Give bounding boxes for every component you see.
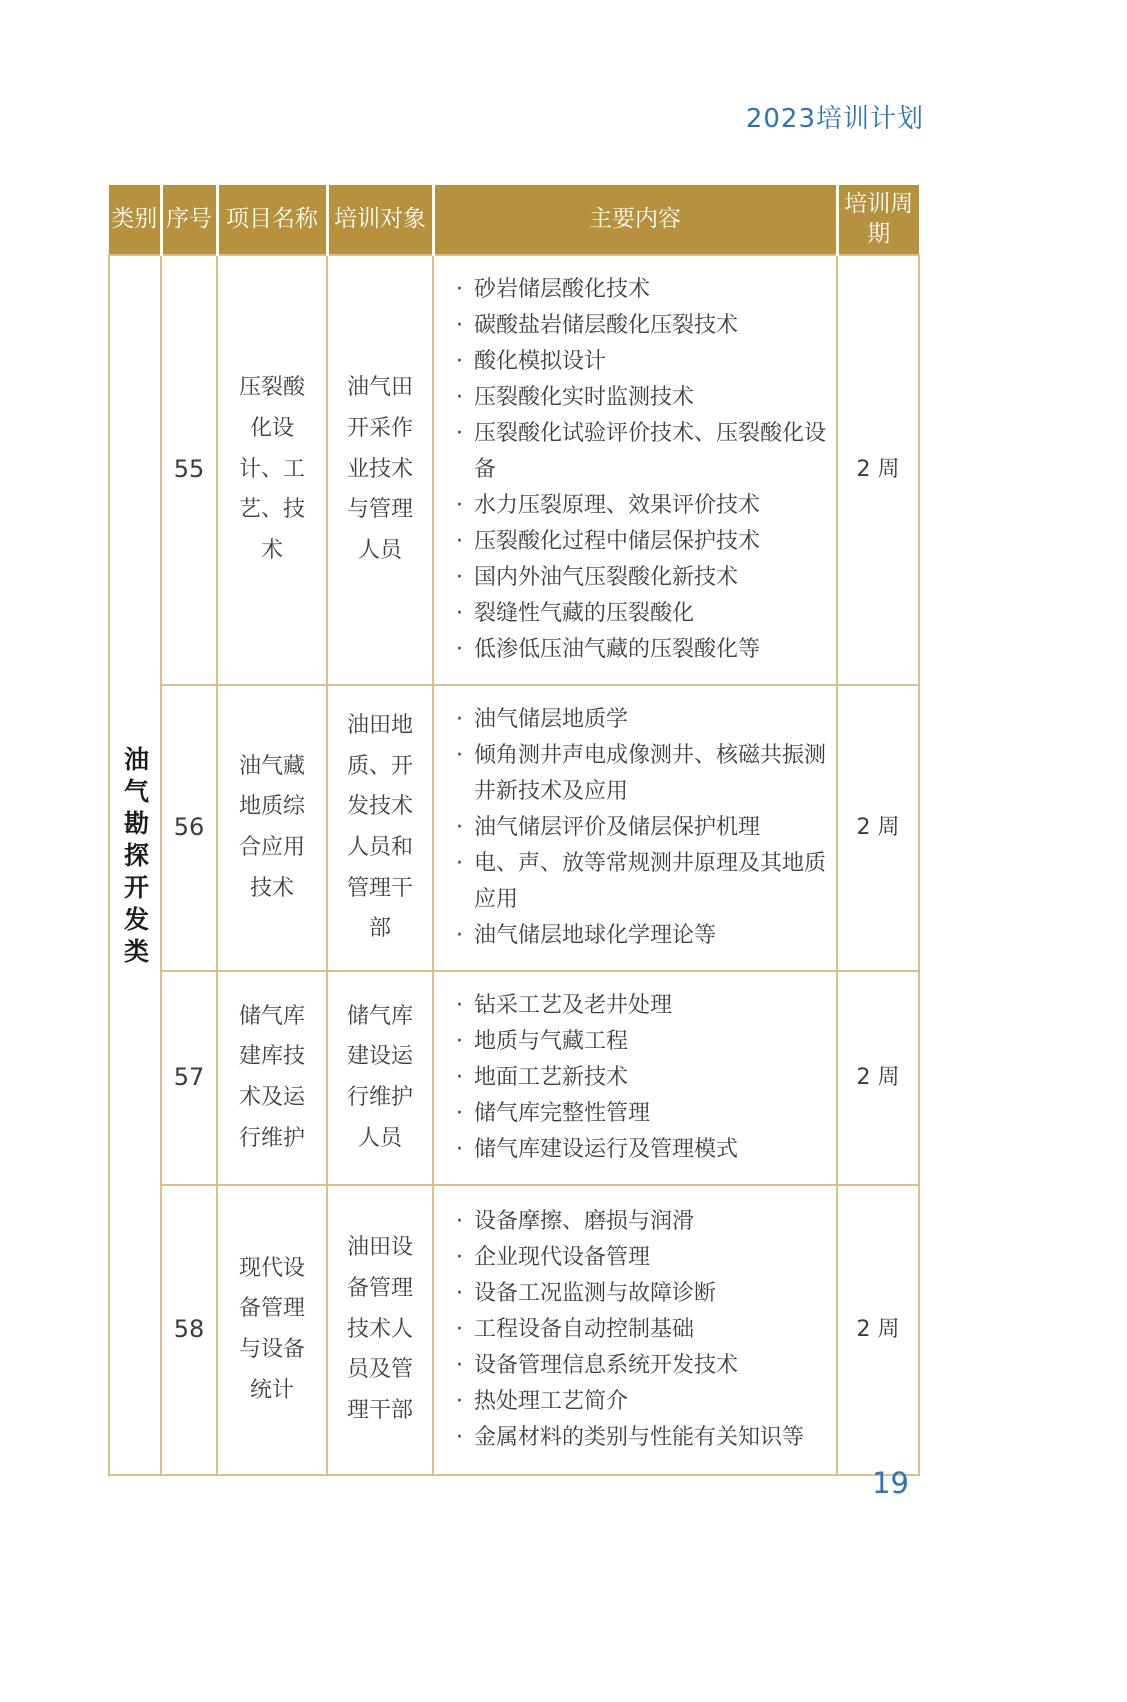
bullet-dot: ·: [456, 1276, 463, 1312]
content-item-text: 设备摩擦、磨损与润滑: [474, 1209, 694, 1234]
content-item-text: 水力压裂原理、效果评价技术: [474, 493, 760, 518]
bullet-dot: ·: [456, 846, 463, 882]
bullet-dot: ·: [456, 988, 463, 1024]
content-item-text: 金属材料的类别与性能有关知识等: [474, 1425, 804, 1450]
content-item-text: 钻采工艺及老井处理: [474, 993, 672, 1018]
main-content-cell: ·砂岩储层酸化技术·碳酸盐岩储层酸化压裂技术·酸化模拟设计·压裂酸化实时监测技术…: [433, 255, 837, 685]
doc-title: 2023培训计划: [746, 98, 924, 135]
bullet-dot: ·: [456, 738, 463, 774]
content-item: ·砂岩储层酸化技术: [448, 272, 832, 308]
content-item: ·油气储层地质学: [448, 702, 832, 738]
bullet-dot: ·: [456, 596, 463, 632]
row-number: 58: [161, 1185, 217, 1475]
bullet-dot: ·: [456, 1060, 463, 1096]
bullet-dot: ·: [456, 1096, 463, 1132]
bullet-dot: ·: [456, 524, 463, 560]
content-item-text: 国内外油气压裂酸化新技术: [474, 565, 738, 590]
bullet-dot: ·: [456, 1384, 463, 1420]
content-item: ·碳酸盐岩储层酸化压裂技术: [448, 308, 832, 344]
table-row: 57储气库建库技术及运行维护储气库建设运行维护人员·钻采工艺及老井处理·地质与气…: [109, 971, 919, 1185]
content-item: ·储气库建设运行及管理模式: [448, 1132, 832, 1168]
bullet-dot: ·: [456, 1420, 463, 1456]
content-item: ·电、声、放等常规测井原理及其地质应用: [448, 846, 832, 918]
project-name: 油气藏地质综合应用技术: [217, 685, 327, 971]
row-number: 56: [161, 685, 217, 971]
main-content-cell: ·设备摩擦、磨损与润滑·企业现代设备管理·设备工况监测与故障诊断·工程设备自动控…: [433, 1185, 837, 1475]
row-number: 55: [161, 255, 217, 685]
category-cell: 油气勘探开发类: [109, 255, 161, 1475]
content-item-text: 储气库完整性管理: [474, 1101, 650, 1126]
content-item: ·压裂酸化过程中储层保护技术: [448, 524, 832, 560]
bullet-dot: ·: [456, 918, 463, 954]
document-page: 2023培训计划 类别序号项目名称培训对象主要内容培训周期 油气勘探开发类55压…: [0, 0, 1127, 1702]
table-body: 油气勘探开发类55压裂酸化设计、工艺、技术油气田开采作业技术与管理人员·砂岩储层…: [109, 255, 919, 1475]
content-item: ·金属材料的类别与性能有关知识等: [448, 1420, 832, 1456]
content-item-text: 压裂酸化过程中储层保护技术: [474, 529, 760, 554]
content-item-text: 储气库建设运行及管理模式: [474, 1137, 738, 1162]
training-audience: 储气库建设运行维护人员: [327, 971, 433, 1185]
table-row: 58现代设备管理与设备统计油田设备管理技术人员及管理干部·设备摩擦、磨损与润滑·…: [109, 1185, 919, 1475]
content-item-text: 热处理工艺简介: [474, 1389, 628, 1414]
table-header: 类别序号项目名称培训对象主要内容培训周期: [109, 185, 919, 255]
content-item-text: 地面工艺新技术: [474, 1065, 628, 1090]
content-item: ·地面工艺新技术: [448, 1060, 832, 1096]
bullet-dot: ·: [456, 810, 463, 846]
training-plan-table: 类别序号项目名称培训对象主要内容培训周期 油气勘探开发类55压裂酸化设计、工艺、…: [108, 185, 920, 1476]
training-audience: 油田地质、开发技术人员和管理干部: [327, 685, 433, 971]
bullet-dot: ·: [456, 272, 463, 308]
training-period: 2 周: [837, 685, 919, 971]
content-item-text: 碳酸盐岩储层酸化压裂技术: [474, 313, 738, 338]
content-item: ·油气储层地球化学理论等: [448, 918, 832, 954]
column-header-2: 项目名称: [217, 185, 327, 255]
column-header-1: 序号: [161, 185, 217, 255]
bullet-dot: ·: [456, 632, 463, 668]
column-header-5: 培训周期: [837, 185, 919, 255]
bullet-dot: ·: [456, 1024, 463, 1060]
content-item: ·压裂酸化实时监测技术: [448, 380, 832, 416]
project-name: 压裂酸化设计、工艺、技术: [217, 255, 327, 685]
content-item: ·酸化模拟设计: [448, 344, 832, 380]
content-item-text: 工程设备自动控制基础: [474, 1317, 694, 1342]
training-period: 2 周: [837, 255, 919, 685]
training-period: 2 周: [837, 1185, 919, 1475]
bullet-dot: ·: [456, 308, 463, 344]
content-item: ·国内外油气压裂酸化新技术: [448, 560, 832, 596]
content-item: ·压裂酸化试验评价技术、压裂酸化设备: [448, 416, 832, 488]
content-item: ·裂缝性气藏的压裂酸化: [448, 596, 832, 632]
bullet-dot: ·: [456, 1348, 463, 1384]
training-audience: 油气田开采作业技术与管理人员: [327, 255, 433, 685]
content-item: ·企业现代设备管理: [448, 1240, 832, 1276]
bullet-dot: ·: [456, 344, 463, 380]
content-item-text: 油气储层地质学: [474, 707, 628, 732]
content-item-text: 电、声、放等常规测井原理及其地质应用: [474, 851, 826, 912]
content-item: ·工程设备自动控制基础: [448, 1312, 832, 1348]
content-item-text: 油气储层评价及储层保护机理: [474, 815, 760, 840]
bullet-dot: ·: [456, 1312, 463, 1348]
content-item-text: 设备工况监测与故障诊断: [474, 1281, 716, 1306]
content-item-text: 酸化模拟设计: [474, 349, 606, 374]
bullet-dot: ·: [456, 488, 463, 524]
training-period: 2 周: [837, 971, 919, 1185]
bullet-dot: ·: [456, 1132, 463, 1168]
content-item: ·油气储层评价及储层保护机理: [448, 810, 832, 846]
main-content-cell: ·钻采工艺及老井处理·地质与气藏工程·地面工艺新技术·储气库完整性管理·储气库建…: [433, 971, 837, 1185]
column-header-0: 类别: [109, 185, 161, 255]
main-content-cell: ·油气储层地质学·倾角测井声电成像测井、核磁共振测井新技术及应用·油气储层评价及…: [433, 685, 837, 971]
project-name: 储气库建库技术及运行维护: [217, 971, 327, 1185]
content-item-text: 设备管理信息系统开发技术: [474, 1353, 738, 1378]
bullet-dot: ·: [456, 380, 463, 416]
content-item: ·倾角测井声电成像测井、核磁共振测井新技术及应用: [448, 738, 832, 810]
column-header-4: 主要内容: [433, 185, 837, 255]
content-item-text: 压裂酸化实时监测技术: [474, 385, 694, 410]
bullet-dot: ·: [456, 560, 463, 596]
content-item: ·设备摩擦、磨损与润滑: [448, 1204, 832, 1240]
bullet-dot: ·: [456, 416, 463, 452]
table-header-row: 类别序号项目名称培训对象主要内容培训周期: [109, 185, 919, 255]
row-number: 57: [161, 971, 217, 1185]
content-item-text: 倾角测井声电成像测井、核磁共振测井新技术及应用: [474, 743, 826, 804]
content-item-text: 地质与气藏工程: [474, 1029, 628, 1054]
content-item-text: 压裂酸化试验评价技术、压裂酸化设备: [474, 421, 826, 482]
content-item: ·水力压裂原理、效果评价技术: [448, 488, 832, 524]
project-name: 现代设备管理与设备统计: [217, 1185, 327, 1475]
category-label: 油气勘探开发类: [113, 746, 158, 970]
table-row: 油气勘探开发类55压裂酸化设计、工艺、技术油气田开采作业技术与管理人员·砂岩储层…: [109, 255, 919, 685]
content-item: ·低渗低压油气藏的压裂酸化等: [448, 632, 832, 668]
content-item: ·热处理工艺简介: [448, 1384, 832, 1420]
content-item: ·储气库完整性管理: [448, 1096, 832, 1132]
bullet-dot: ·: [456, 1240, 463, 1276]
content-item-text: 油气储层地球化学理论等: [474, 923, 716, 948]
content-item: ·设备工况监测与故障诊断: [448, 1276, 832, 1312]
content-item-text: 企业现代设备管理: [474, 1245, 650, 1270]
content-item: ·钻采工艺及老井处理: [448, 988, 832, 1024]
content-item: ·地质与气藏工程: [448, 1024, 832, 1060]
bullet-dot: ·: [456, 1204, 463, 1240]
content-item-text: 裂缝性气藏的压裂酸化: [474, 601, 694, 626]
column-header-3: 培训对象: [327, 185, 433, 255]
content-item-text: 砂岩储层酸化技术: [474, 277, 650, 302]
bullet-dot: ·: [456, 702, 463, 738]
content-item: ·设备管理信息系统开发技术: [448, 1348, 832, 1384]
page-number: 19: [872, 1466, 909, 1500]
training-audience: 油田设备管理技术人员及管理干部: [327, 1185, 433, 1475]
content-item-text: 低渗低压油气藏的压裂酸化等: [474, 637, 760, 662]
table-row: 56油气藏地质综合应用技术油田地质、开发技术人员和管理干部·油气储层地质学·倾角…: [109, 685, 919, 971]
